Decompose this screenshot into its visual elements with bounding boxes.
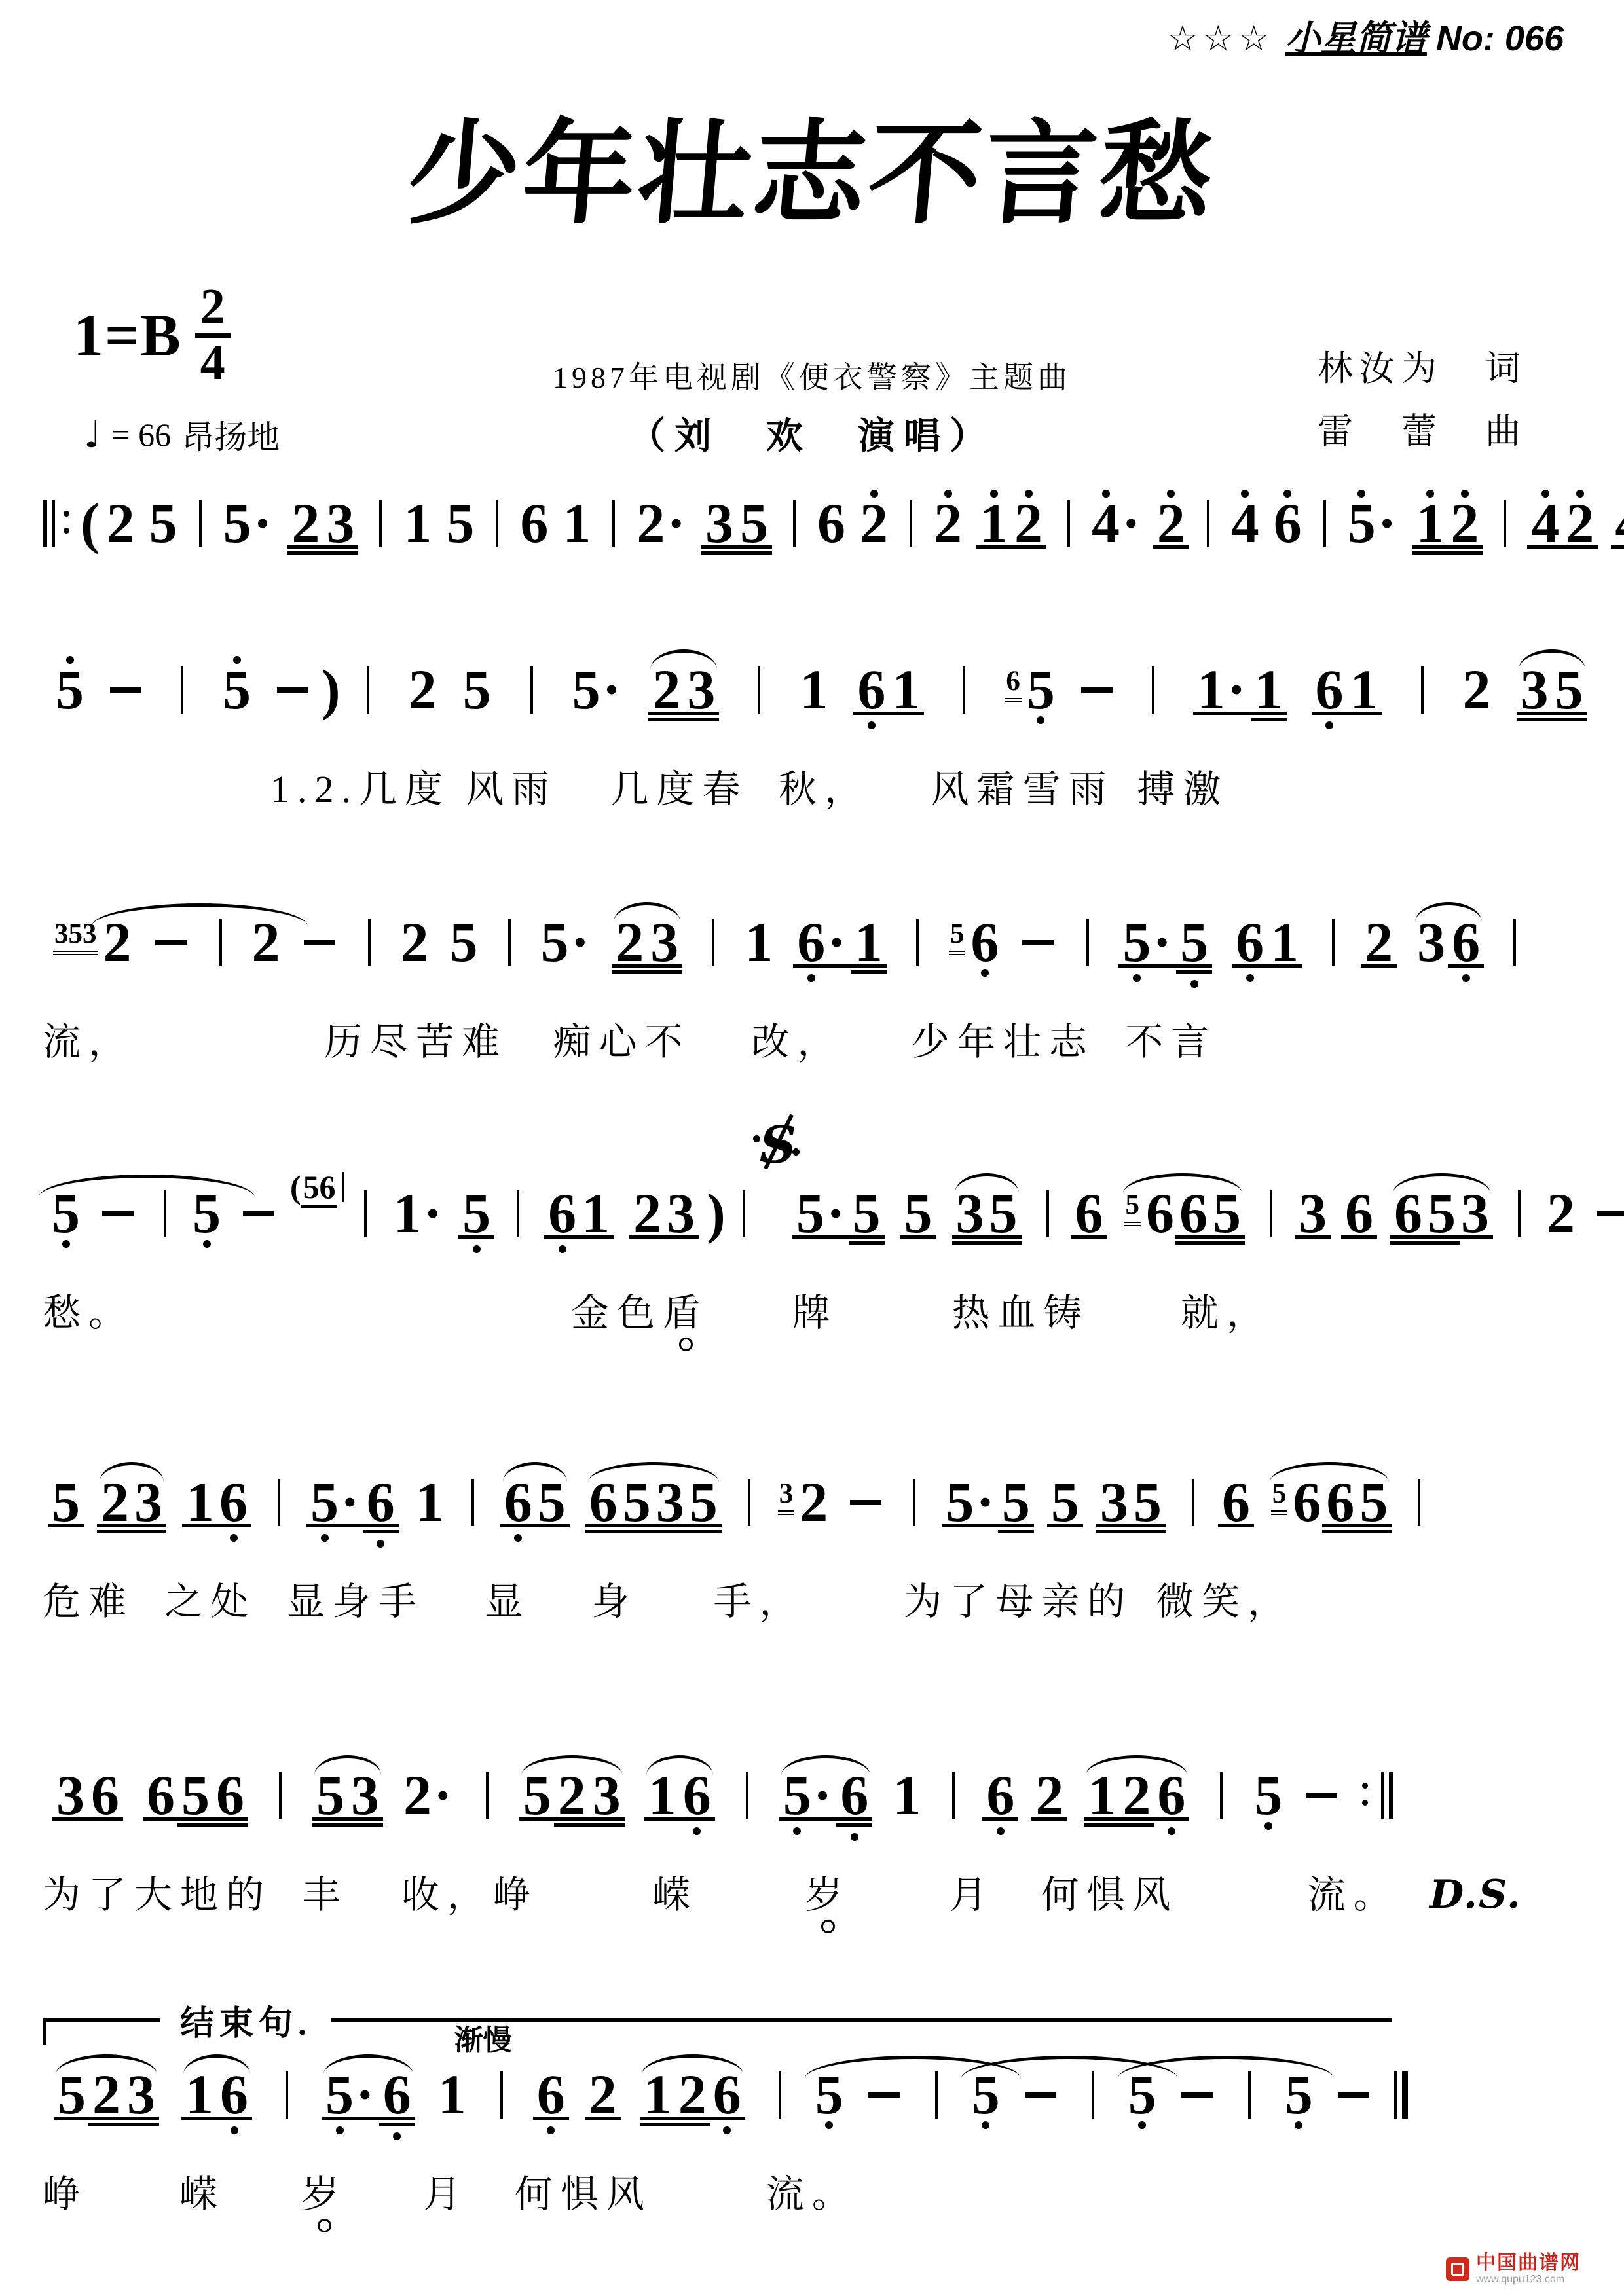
eighth-underline (1361, 964, 1397, 968)
note: 2 (860, 495, 888, 551)
octave-dot-low (473, 1245, 481, 1253)
sixteenth-underline (998, 1530, 1034, 1533)
octave-dot-low (1138, 2121, 1146, 2129)
lyric-gap (843, 1054, 911, 1055)
note: 2 (1547, 1185, 1575, 1241)
eighth-underline (1153, 1817, 1189, 1821)
note-digit: 2 (1566, 495, 1594, 551)
eighth-underline (612, 964, 648, 968)
beam-group: 12 (1412, 495, 1482, 551)
lyric-gap (539, 1907, 653, 1908)
note: 1 (438, 2066, 466, 2123)
music-line-7: 523165·61渐慢621265555 (43, 2066, 1588, 2146)
note-digit: 6 (91, 1767, 119, 1823)
barline (1086, 919, 1089, 966)
note-digit: 5 (193, 1185, 221, 1241)
note-digit: 3 (705, 495, 733, 551)
note-digit: 2 (1157, 495, 1185, 551)
note-digit: 6 (1274, 495, 1302, 551)
barline (368, 919, 371, 966)
note: 5 (58, 2066, 86, 2123)
eighth-underline (663, 1235, 699, 1239)
lyric-gap (699, 1907, 805, 1908)
lyric-gap (637, 1614, 713, 1614)
note: 6 (817, 495, 845, 551)
note: 56 (1124, 1185, 1175, 1241)
note: 5 (181, 1767, 210, 1823)
site-watermark: 中国曲谱网 www.qupu123.com (1446, 2252, 1581, 2286)
sixteenth-underline (1084, 1823, 1120, 1827)
lyric-segment: 流， (43, 1011, 134, 1066)
note-digit: 1 (893, 1767, 921, 1823)
note: 6 (683, 1767, 711, 1823)
lyric-segment: 秋， (779, 758, 870, 813)
barline (1152, 666, 1154, 714)
note-digit: 5 (946, 1474, 974, 1530)
eighth-underline (982, 1817, 1018, 1821)
note: 2 (678, 2066, 707, 2123)
eighth-underline (1193, 712, 1252, 715)
sixteenth-underline (130, 1530, 166, 1533)
note-digit: 3 (127, 2066, 155, 2123)
octave-dot-low (1295, 2121, 1302, 2129)
beam-group: 23 (631, 1185, 697, 1241)
note: 1 (1350, 661, 1378, 718)
barline (1332, 919, 1335, 966)
music-line-1: (255·2315612·35622124·2465·124246 (43, 495, 1588, 575)
note-digit: 1 (855, 914, 883, 970)
note-digit: 5 (310, 1474, 339, 1530)
note: 6 (91, 1767, 119, 1823)
note-digit: 4 (1231, 495, 1259, 551)
note-digit: 5 (450, 914, 478, 970)
eighth-underline (836, 1817, 872, 1821)
eighth-underline (1295, 1235, 1331, 1239)
held-note-dash (243, 1211, 274, 1216)
barline (1513, 919, 1516, 966)
beam-group: 5665 (1268, 1474, 1391, 1530)
note: 1 (581, 1185, 610, 1241)
eighth-underline (534, 1524, 570, 1527)
barline (279, 1772, 282, 1819)
note: 1 (185, 2066, 213, 2123)
note-digit: 3 (351, 1767, 379, 1823)
note: 2 (1463, 661, 1491, 718)
octave-dot-high (870, 490, 878, 498)
lyric-segment: 月 (950, 1864, 995, 1919)
note-digit: 2 (678, 2066, 707, 2123)
beam-group: 23 (612, 914, 682, 970)
note-digit: 5 (446, 495, 474, 551)
note: 4· (1092, 495, 1143, 551)
lyricist-credit: 林汝为 词 (1318, 340, 1527, 391)
note: 6 (1157, 1767, 1185, 1823)
sixteenth-underline (123, 2123, 159, 2126)
eighth-underline (578, 1235, 614, 1239)
eighth-underline (458, 1235, 494, 1239)
eighth-underline (1611, 545, 1624, 549)
barline (748, 1479, 750, 1526)
note: 1 (644, 2066, 672, 2123)
eighth-underline (54, 2117, 90, 2120)
note-digit: 6 (970, 914, 999, 970)
beam-group: 1·1 (1194, 661, 1286, 718)
pickup-notes: (56 (290, 1171, 344, 1204)
eighth-underline (500, 1524, 536, 1527)
sixteenth-underline (1130, 1530, 1166, 1533)
note-digit: 2 (1450, 495, 1479, 551)
note-digit: 2 (107, 495, 135, 551)
lyric-gap (1178, 1907, 1307, 1908)
eighth-underline (1118, 964, 1177, 968)
lyric-gap (272, 1907, 302, 1908)
note: 3 (326, 495, 354, 551)
note-digit: 5 (149, 495, 177, 551)
beam-group: 23 (288, 495, 358, 551)
note: 6 (857, 661, 885, 718)
note: 6 (1452, 914, 1480, 970)
beam-group: 61 (1232, 914, 1302, 970)
note-digit: 5 (1348, 495, 1376, 551)
note-digit: 6 (857, 661, 885, 718)
octave-dot-high (944, 490, 952, 498)
lyrics-line-4: 危难之处显身手显身手，为了母亲的微笑， (43, 1571, 1588, 1628)
lyric-segment: 显身手 (287, 1571, 424, 1626)
eighth-underline (215, 1524, 251, 1527)
note-digit: 1 (892, 661, 920, 718)
note: 6 (1274, 495, 1302, 551)
lyric-gap (557, 801, 610, 802)
lyric-segment: 历尽苦难 (324, 1011, 507, 1066)
barline (486, 1772, 489, 1819)
note-digit: 6 (520, 495, 548, 551)
eighth-underline (629, 1235, 665, 1239)
barline (471, 1479, 474, 1526)
note: 5· (572, 661, 623, 718)
lyrics-line-2: 流，历尽苦难痴心不改，少年壮志不言 (43, 1011, 1588, 1068)
eighth-underline (519, 1817, 555, 1821)
note-digit: 3 (1521, 661, 1549, 718)
lyric-gap (531, 1614, 592, 1614)
note-digit: 2 (633, 1185, 661, 1241)
barline (1270, 1190, 1272, 1237)
eighth-underline (851, 964, 887, 968)
note: 5 (223, 661, 251, 718)
eighth-underline (1047, 1524, 1083, 1527)
sixteenth-underline (1551, 718, 1587, 721)
sixteenth-underline (674, 2123, 710, 2126)
note: 5· (1122, 914, 1173, 970)
note: 2 (589, 2066, 617, 2123)
sixteenth-underline (287, 551, 323, 555)
tie-arc-curve (39, 1175, 255, 1197)
sixteenth-underline (683, 718, 719, 721)
sixteenth-underline (849, 1241, 885, 1245)
note: 2 (1014, 495, 1043, 551)
note-digit: 5 (52, 1474, 80, 1530)
note: 6 (219, 1474, 248, 1530)
eighth-underline (674, 2117, 710, 2120)
note: 6 (1236, 914, 1264, 970)
eighth-underline (1562, 545, 1598, 549)
note: 1 (1088, 1767, 1116, 1823)
time-signature-numerator: 2 (195, 282, 231, 338)
sixteenth-underline (554, 1823, 590, 1827)
note: 6· (797, 914, 848, 970)
final-barline (1394, 2071, 1414, 2119)
note: 1 (893, 1767, 921, 1823)
grace-note: 6 (1005, 666, 1022, 702)
eighth-underline (143, 1817, 179, 1821)
note: 5 (446, 495, 474, 551)
octave-dot-low (851, 1833, 858, 1841)
eighth-underline (216, 2117, 252, 2120)
lyric-segment: 1.2.几度 (270, 758, 451, 813)
beam-group: 36 (1414, 914, 1483, 970)
eighth-underline (1551, 712, 1587, 715)
note-digit: 2 (637, 495, 665, 551)
note: 2 (633, 1185, 661, 1241)
note-digit: 5 (1134, 1474, 1162, 1530)
note: 2 (1566, 495, 1594, 551)
repeat-close-barline (1362, 1772, 1393, 1819)
note-digit: 1 (185, 2066, 213, 2123)
note-digit: 6 (1293, 1474, 1321, 1530)
note-digit: 5 (316, 1767, 344, 1823)
note-digit: 5 (1027, 661, 1055, 718)
barline (496, 500, 498, 547)
eighth-underline (1312, 712, 1348, 715)
note: 5 (149, 495, 177, 551)
lyric-segment: 为了大地的 (43, 1864, 272, 1919)
note-digit: 5 (1002, 1474, 1030, 1530)
note-digit: 4 (1531, 495, 1559, 551)
music-line-5: 523165·61656535325·553565665 (43, 1474, 1588, 1554)
sixteenth-underline (585, 1530, 621, 1533)
lyric-gap (995, 1907, 1041, 1908)
note-digit: 2 (403, 1767, 432, 1823)
lyric-gap (709, 1325, 792, 1326)
note-digit: 5 (1359, 1474, 1388, 1530)
octave-dot-high (66, 656, 74, 664)
eighth-underline (853, 712, 889, 715)
note-digit: 2 (860, 495, 888, 551)
note: 1 (416, 1474, 444, 1530)
note: 6 (520, 495, 548, 551)
lyric-gap (748, 801, 778, 802)
lyric-gap (134, 1054, 324, 1055)
note-digit: 5 (56, 661, 84, 718)
note-digit: 6 (1075, 1185, 1103, 1241)
note: 3 (1461, 1185, 1489, 1241)
eighth-underline (779, 1817, 838, 1821)
note: 3 (667, 1185, 695, 1241)
note: 5· (1348, 495, 1399, 551)
note: 5 (623, 1474, 651, 1530)
note-digit: 6 (1316, 661, 1344, 718)
note-digit: 1 (581, 1185, 610, 1241)
eighth-underline (976, 545, 1012, 549)
lyric-gap (1090, 1325, 1181, 1326)
note: 6 (367, 1474, 395, 1530)
note: 5 (904, 1185, 932, 1241)
eighth-underline (652, 1524, 688, 1527)
note: 6 (713, 2066, 741, 2123)
sixteenth-underline (1517, 718, 1553, 721)
octave-dot-low (1190, 980, 1198, 988)
held-note-dash (1338, 2092, 1369, 2098)
note: 1 (403, 495, 432, 551)
lyric-segment: 身 (591, 1571, 637, 1626)
beam-group: 35 (1517, 661, 1587, 718)
sixteenth-underline (736, 551, 772, 555)
note-digit: 5 (541, 914, 569, 970)
octave-dot-low (203, 1240, 211, 1248)
note: 1 (1255, 661, 1283, 718)
eighth-underline (363, 1524, 399, 1527)
note-digit: 3 (1461, 1185, 1489, 1241)
octave-dot-low (62, 1240, 70, 1248)
lyric-segment: 为了母亲的 (904, 1571, 1133, 1626)
note-digit: 3 (650, 914, 678, 970)
eighth-underline (1322, 1524, 1358, 1527)
lyric-gap (347, 2206, 423, 2207)
lyrics-line-6: 峥嵘岁月何惧风流。 (43, 2163, 1588, 2221)
beam-group: 5·5 (943, 1474, 1033, 1530)
sixteenth-underline (851, 970, 887, 974)
ending-phrase-bracket: 结束句. (43, 2018, 1392, 2049)
barline (1192, 1479, 1194, 1526)
octave-dot-low (336, 2126, 344, 2134)
note-digit: 5 (904, 1185, 932, 1241)
barline (1421, 666, 1424, 714)
note: 65 (1005, 661, 1055, 718)
note-digit: 1 (800, 661, 828, 718)
note: 6 (220, 2066, 248, 2123)
sixteenth-underline (1424, 1241, 1460, 1245)
note: 5 (56, 661, 84, 718)
note: 1· (1197, 661, 1248, 718)
lyric-gap (469, 2206, 515, 2207)
sixteenth-underline (347, 1823, 383, 1827)
note: 2 (401, 914, 429, 970)
note-digit: 1 (1088, 1767, 1116, 1823)
lyric-segment: 微笑， (1156, 1571, 1293, 1626)
lyric-segment: 显 (485, 1571, 531, 1626)
note: 3 (56, 1767, 84, 1823)
lyric-segment: 手， (713, 1571, 805, 1626)
eighth-underline (177, 1817, 213, 1821)
eighth-underline (1447, 545, 1483, 549)
eighth-underline (1412, 545, 1448, 549)
note-digit: 3 (1100, 1474, 1128, 1530)
lyric-segment: 岁 (301, 2163, 347, 2218)
beam-group: 5·5 (1119, 914, 1211, 970)
grace-note: 5 (1124, 1190, 1141, 1226)
note-digit: 5 (1213, 1185, 1241, 1241)
note-digit: 2 (934, 495, 962, 551)
beam-group: 61 (545, 1185, 612, 1241)
lyric-gap (43, 801, 270, 802)
sixteenth-underline (177, 1823, 213, 1827)
note: 3 (956, 1185, 984, 1241)
sixteenth-underline (212, 1823, 248, 1827)
beam-group: 6535 (587, 1474, 720, 1530)
note-digit: 6 (986, 1767, 1014, 1823)
sixteenth-underline (379, 2123, 415, 2126)
beam-group: 6·1 (794, 914, 886, 970)
note-digit: 3 (667, 1185, 695, 1241)
pickup-digits: 56 (301, 1169, 338, 1208)
watermark-url: www.qupu123.com (1476, 2274, 1581, 2286)
note-digit: 2 (401, 914, 429, 970)
lyric-segment: 少年壮志 (912, 1011, 1095, 1066)
eighth-underline (312, 1817, 348, 1821)
note: 5 (52, 1474, 80, 1530)
note-digit: 2 (558, 1767, 586, 1823)
eighth-underline (287, 545, 323, 549)
note-digit: 2 (800, 1474, 828, 1530)
eighth-underline (379, 2117, 415, 2120)
eighth-underline (1176, 964, 1212, 968)
eighth-underline (347, 1817, 383, 1821)
eighth-underline (648, 712, 684, 715)
sixteenth-underline (1175, 1241, 1211, 1245)
rhythm-dot: · (667, 492, 686, 555)
held-note-dash (1597, 1211, 1624, 1216)
note: 5 (193, 1185, 221, 1241)
lyric-gap (134, 1614, 164, 1614)
eighth-underline (709, 2117, 745, 2120)
note-digit: 2 (1365, 914, 1393, 970)
beam-group: 5·6 (322, 2066, 415, 2123)
lyric-segment: 不言 (1125, 1011, 1217, 1066)
lyric-segment: 峥 (43, 2163, 88, 2218)
eighth-underline (554, 1817, 590, 1821)
note: 1 (892, 661, 920, 718)
note: 6 (1179, 1185, 1208, 1241)
note: 3 (705, 495, 733, 551)
note-digit: 6 (1146, 1185, 1174, 1241)
sixteenth-underline (322, 551, 358, 555)
note: 3 (687, 661, 715, 718)
eighth-underline (679, 1817, 715, 1821)
eighth-underline (1448, 964, 1484, 968)
eighth-underline (1457, 1235, 1493, 1239)
beam-group: 16 (183, 1474, 250, 1530)
lyrics-line-5: 为了大地的丰收，峥嵘岁月何惧风流。D.S. (43, 1864, 1588, 1922)
note: 2 (652, 661, 680, 718)
lyric-segment: 嵘 (653, 1864, 699, 1919)
octave-dot-high (1102, 490, 1110, 498)
beam-group: 35 (1098, 1474, 1164, 1530)
note-digit: 1 (438, 2066, 466, 2123)
beam-group: 12 (976, 495, 1046, 551)
lyric-gap (348, 1907, 401, 1908)
held-note-dash (304, 940, 335, 945)
note: 32 (778, 1474, 828, 1530)
sixteenth-underline (1176, 970, 1212, 974)
note: 1· (393, 1185, 444, 1241)
note-digit: 6 (219, 1474, 248, 1530)
eighth-underline (87, 1817, 123, 1821)
note-digit: 6 (548, 1185, 576, 1241)
octave-dot-low (1037, 716, 1044, 724)
sixteenth-underline (1118, 1823, 1154, 1827)
eighth-underline (793, 964, 852, 968)
stars-icon: ☆☆☆ (1167, 18, 1274, 59)
note: 6 (1326, 1474, 1354, 1530)
